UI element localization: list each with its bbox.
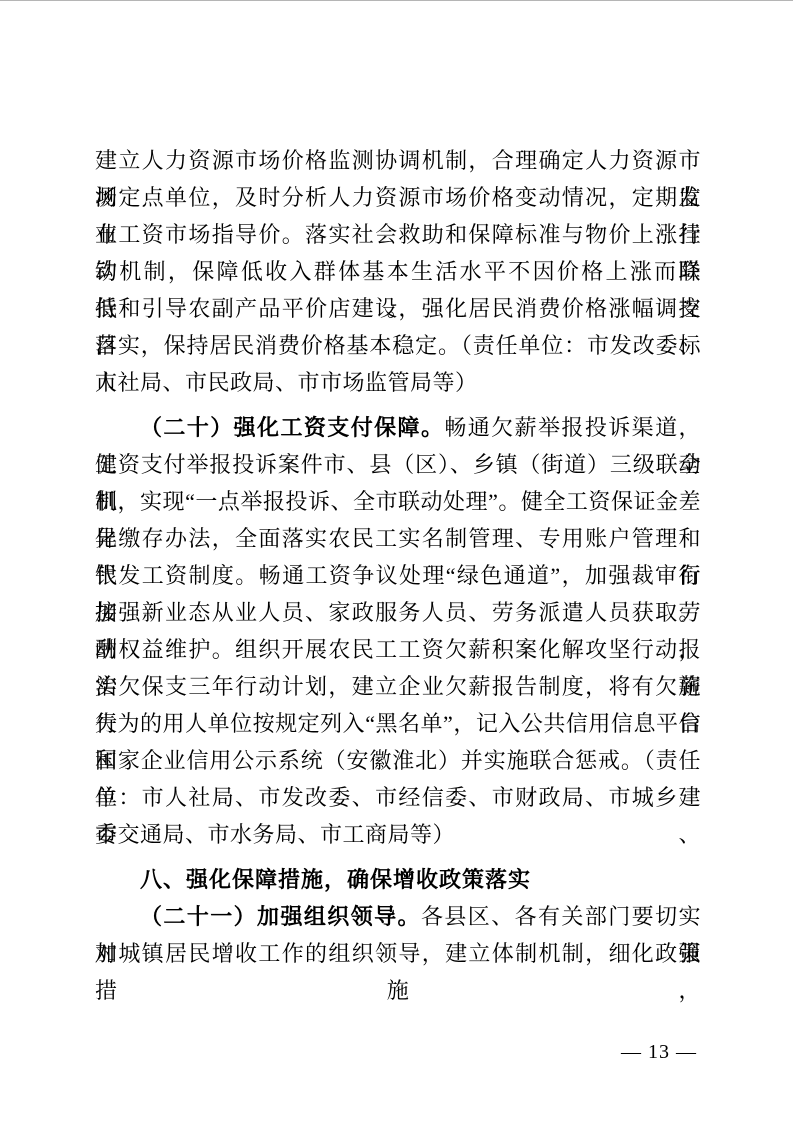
text-line: 位：市人社局、市发改委、市经信委、市财政局、市城乡建委、 [95, 779, 701, 816]
paragraph-lead: （二十一）加强组织领导。 [140, 904, 421, 929]
text-line: 对城镇居民增收工作的组织领导，建立体制机制，细化政策措施， [95, 935, 701, 972]
document-page: 建立人力资源市场价格监测协调机制，合理确定人力资源市场监测定点单位，及时分析人力… [0, 0, 793, 1122]
text-line: 治欠保支三年行动计划，建立企业欠薪报告制度，将有欠薪失信 [95, 668, 701, 705]
text-line: （二十）强化工资支付保障。畅通欠薪举报投诉渠道，健全 [95, 409, 701, 446]
section-heading: 八、强化保障措施，确保增收政策落实 [95, 861, 701, 898]
text-line: 测定点单位，及时分析人力资源市场价格变动情况，定期发布行 [95, 179, 701, 216]
document-body: 建立人力资源市场价格监测协调机制，合理确定人力资源市场监测定点单位，及时分析人力… [95, 142, 701, 972]
text-line: 持和引导农副产品平价店建设，强化居民消费价格涨幅调控目标 [95, 290, 701, 327]
scan-edge-line [0, 0, 793, 1]
text-line: 工资支付举报投诉案件市、县（区）、乡镇（街道）三级联动机 [95, 446, 701, 483]
page-number: — 13 — [621, 1040, 697, 1064]
text-line: 人社局、市民政局、市市场监管局等） [95, 364, 701, 401]
text-line: 制，实现“一点举报投诉、全市联动处理”。健全工资保证金差异 [95, 483, 701, 520]
text-line: 加强新业态从业人员、家政服务人员、劳务派遣人员获取劳动报 [95, 594, 701, 631]
paragraph-lead: （二十）强化工资支付保障。 [140, 415, 444, 440]
text-line: （二十一）加强组织领导。各县区、各有关部门要切实加强 [95, 898, 701, 935]
text-line: 国家企业信用公示系统（安徽淮北）并实施联合惩戒。（责任单 [95, 742, 701, 779]
text-line: 动机制，保障低收入群体基本生活水平不因价格上涨而降低。支 [95, 253, 701, 290]
text-line: 代发工资制度。畅通工资争议处理“绿色通道”，加强裁审衔接。 [95, 557, 701, 594]
text-line: 业工资市场指导价。落实社会救助和保障标准与物价上涨挂钩联 [95, 216, 701, 253]
text-line: 酬权益维护。组织开展农民工工资欠薪积案化解攻坚行动，实施 [95, 631, 701, 668]
text-line: 建立人力资源市场价格监测协调机制，合理确定人力资源市场监 [95, 142, 701, 179]
text-line: 化缴存办法，全面落实农民工实名制管理、专用账户管理和银行 [95, 520, 701, 557]
text-line: 落实，保持居民消费价格基本稳定。（责任单位：市发改委、市 [95, 327, 701, 364]
text-line: 行为的用人单位按规定列入“黑名单”，记入公共信用信息平台和 [95, 705, 701, 742]
